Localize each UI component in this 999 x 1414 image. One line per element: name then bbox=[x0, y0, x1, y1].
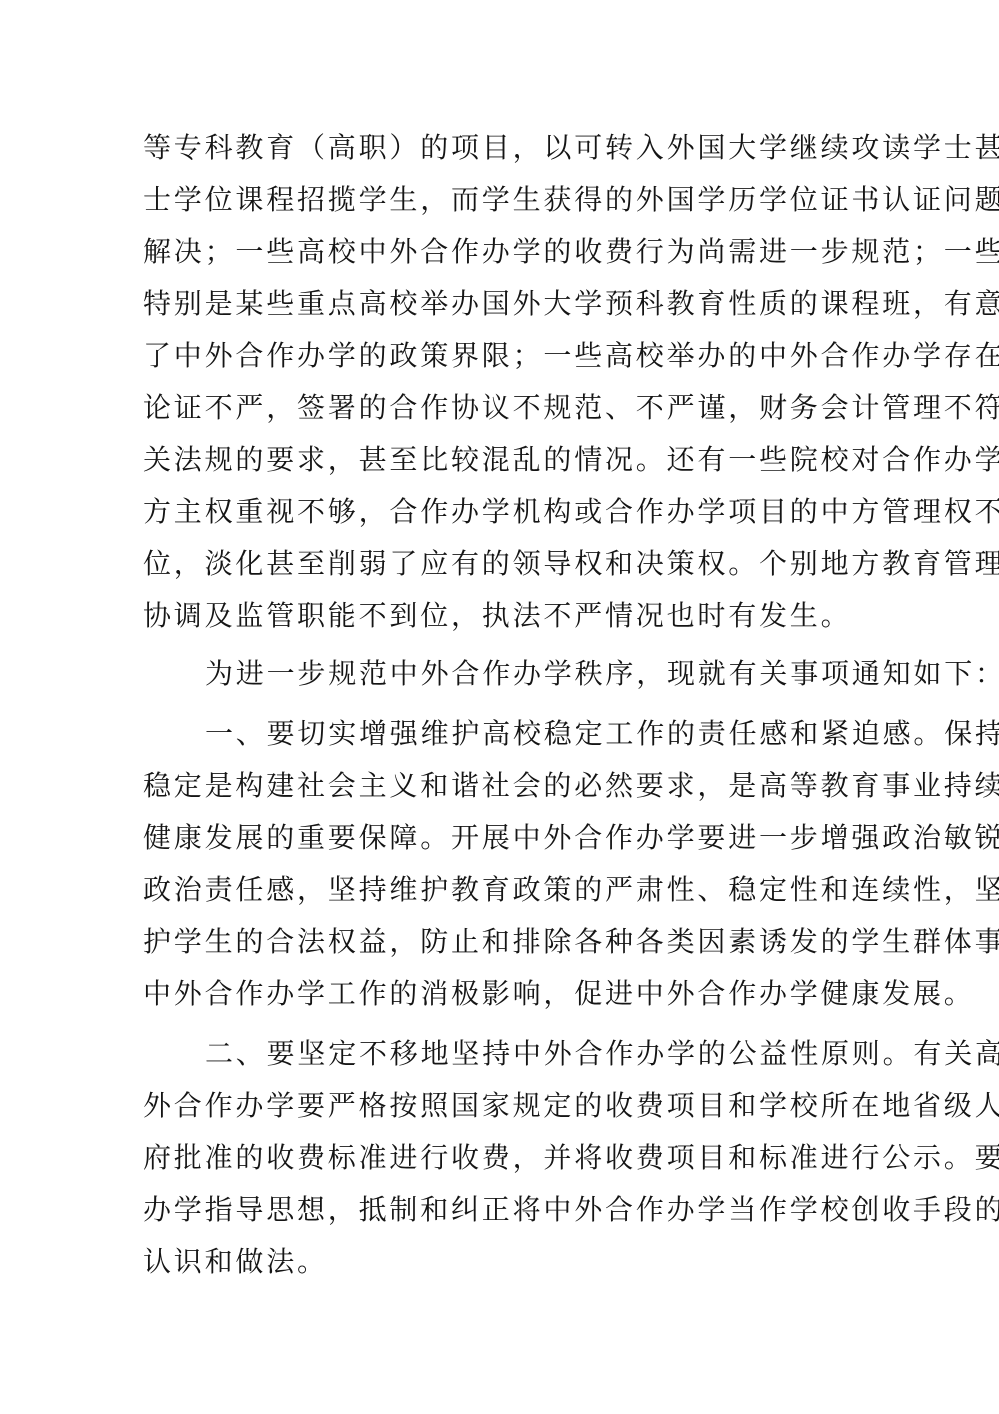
text-line: 了中外合作办学的政策界限；一些高校举办的中外合作办学存在办学 bbox=[143, 338, 855, 374]
text-line: 解决；一些高校中外合作办学的收费行为尚需进一步规范；一些高校 bbox=[143, 234, 855, 270]
text-line: 论证不严，签署的合作协议不规范、不严谨，财务会计管理不符合相 bbox=[143, 390, 855, 426]
text-line: 府批准的收费标准进行收费，并将收费项目和标准进行公示。要端正 bbox=[143, 1140, 855, 1176]
text-line: 认识和做法。 bbox=[143, 1244, 855, 1280]
text-line: 关法规的要求，甚至比较混乱的情况。还有一些院校对合作办学的中 bbox=[143, 442, 855, 478]
text-line: 办学指导思想，抵制和纠正将中外合作办学当作学校创收手段的错误 bbox=[143, 1192, 855, 1228]
text-line: 等专科教育（高职）的项目，以可转入外国大学继续攻读学士甚至硕 bbox=[143, 130, 855, 166]
text-line: 特别是某些重点高校举办国外大学预科教育性质的课程班，有意混淆 bbox=[143, 286, 855, 322]
text-line: 稳定是构建社会主义和谐社会的必然要求，是高等教育事业持续协调 bbox=[143, 768, 855, 804]
text-line: 政治责任感，坚持维护教育政策的严肃性、稳定性和连续性，坚持维 bbox=[143, 872, 855, 908]
text-line: 中外合作办学工作的消极影响，促进中外合作办学健康发展。 bbox=[143, 976, 855, 1012]
text-line: 位，淡化甚至削弱了应有的领导权和决策权。个别地方教育管理部门 bbox=[143, 546, 855, 582]
paragraph-intro: 为进一步规范中外合作办学秩序，现就有关事项通知如下： bbox=[143, 656, 855, 692]
text-line: 协调及监管职能不到位，执法不严情况也时有发生。 bbox=[143, 598, 855, 634]
document-page: 等专科教育（高职）的项目，以可转入外国大学继续攻读学士甚至硕 士学位课程招揽学生… bbox=[0, 0, 999, 1414]
text-line: 方主权重视不够，合作办学机构或合作办学项目的中方管理权不到 bbox=[143, 494, 855, 530]
section-two-heading-line: 二、要坚定不移地坚持中外合作办学的公益性原则。有关高校中 bbox=[143, 1036, 855, 1072]
section-one-heading-line: 一、要切实增强维护高校稳定工作的责任感和紧迫感。保持高校 bbox=[143, 716, 855, 752]
text-line: 护学生的合法权益，防止和排除各种各类因素诱发的学生群体事件对 bbox=[143, 924, 855, 960]
text-line: 健康发展的重要保障。开展中外合作办学要进一步增强政治敏锐性和 bbox=[143, 820, 855, 856]
text-line: 士学位课程招揽学生，而学生获得的外国学历学位证书认证问题难以 bbox=[143, 182, 855, 218]
text-line: 外合作办学要严格按照国家规定的收费项目和学校所在地省级人民政 bbox=[143, 1088, 855, 1124]
